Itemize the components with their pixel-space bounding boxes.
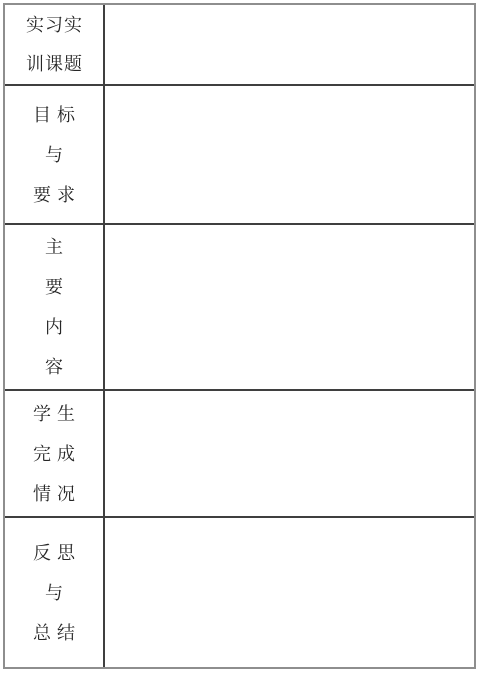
label-line: 学生 (27, 394, 81, 434)
row-label-completion: 学生 完成 情况 (5, 391, 105, 516)
row-label-topic: 实习实 训课题 (5, 5, 105, 84)
table-row-reflection: 反思 与 总结 (5, 518, 474, 667)
row-label-reflection: 反思 与 总结 (5, 518, 105, 667)
cell-completion-content[interactable] (105, 391, 474, 516)
label-line: 训课题 (25, 45, 83, 84)
table-row-topic: 实习实 训课题 (5, 5, 474, 86)
document-page: 实习实 训课题 目标 与 要求 主 要 内 容 学生 (0, 0, 479, 676)
row-label-goals: 目标 与 要求 (5, 86, 105, 223)
label-line: 完成 (27, 434, 81, 474)
label-line: 要求 (27, 175, 81, 215)
label-line: 总结 (27, 613, 81, 653)
label-line: 目标 (27, 95, 81, 135)
cell-topic-content[interactable] (105, 5, 474, 84)
label-line: 情况 (27, 474, 81, 514)
label-line: 主 (39, 227, 69, 267)
label-line: 与 (39, 573, 69, 613)
table-row-completion: 学生 完成 情况 (5, 391, 474, 518)
label-line: 容 (39, 347, 69, 387)
label-line: 实习实 (25, 6, 83, 45)
table-row-main-content: 主 要 内 容 (5, 225, 474, 391)
cell-reflection-content[interactable] (105, 518, 474, 667)
table-row-goals: 目标 与 要求 (5, 86, 474, 225)
label-line: 内 (39, 307, 69, 347)
cell-main-content[interactable] (105, 225, 474, 389)
label-line: 要 (39, 267, 69, 307)
cell-goals-content[interactable] (105, 86, 474, 223)
label-line: 反思 (27, 533, 81, 573)
label-line: 与 (39, 135, 69, 175)
practice-record-form-table: 实习实 训课题 目标 与 要求 主 要 内 容 学生 (3, 3, 476, 669)
row-label-main-content: 主 要 内 容 (5, 225, 105, 389)
